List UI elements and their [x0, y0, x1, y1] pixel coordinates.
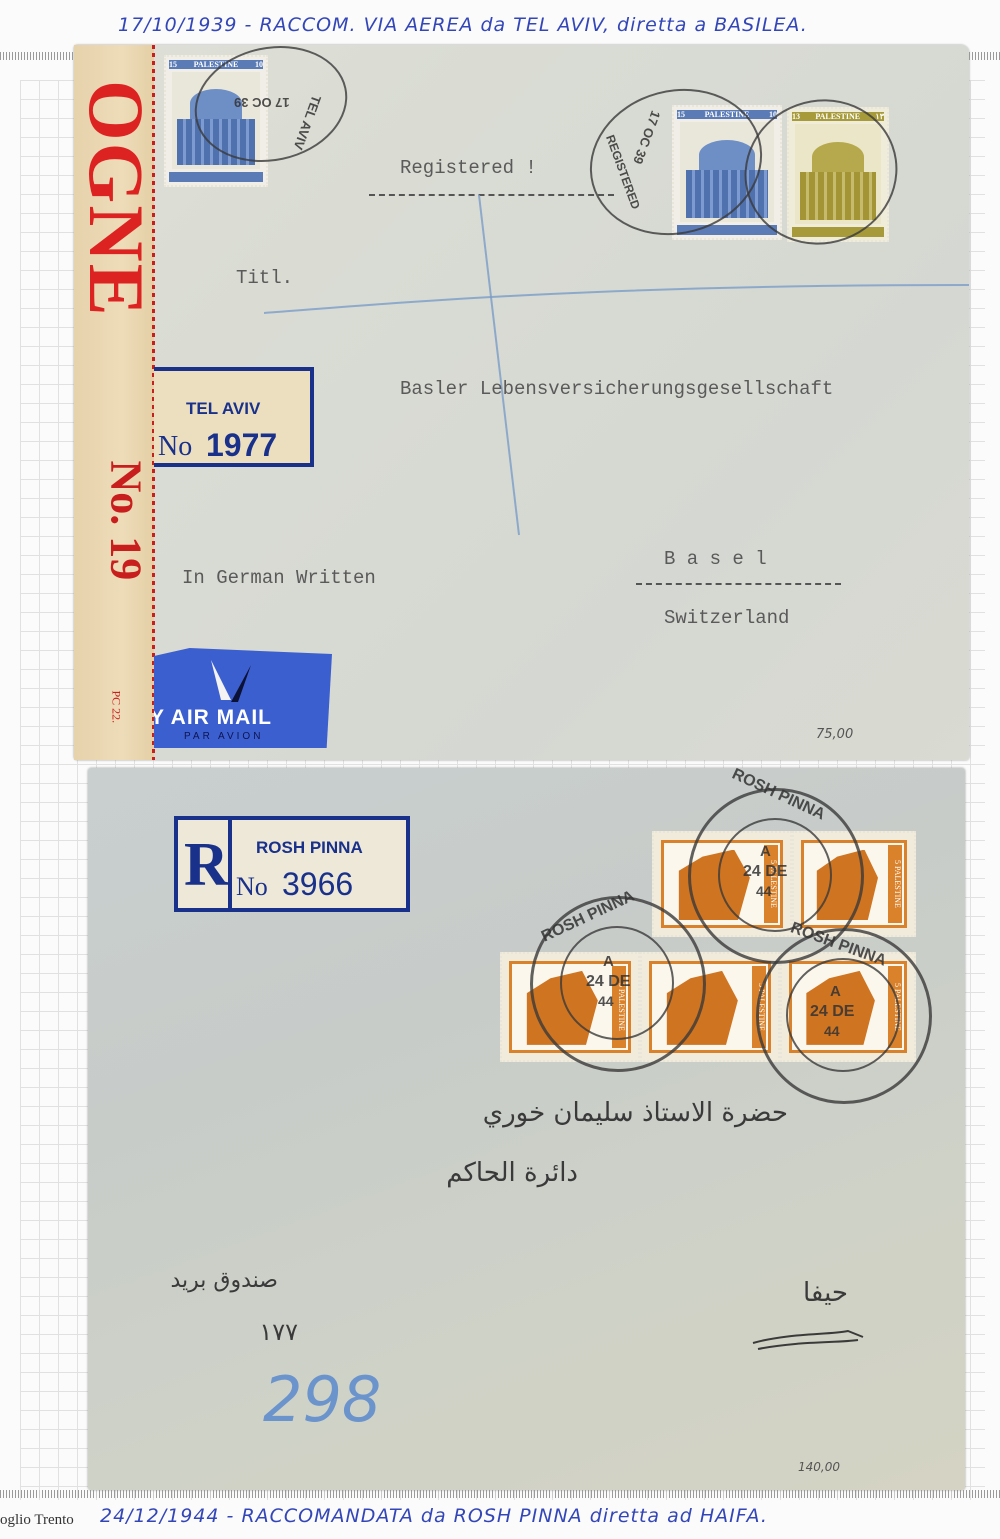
price-note: 140,00 [798, 1460, 840, 1474]
destination-underline [748, 1323, 868, 1353]
wing-icon [206, 660, 256, 705]
postmark-day-month: 24 DE [743, 863, 787, 881]
reg-city: ROSH PINNA [256, 838, 363, 858]
airmail-subtext: PAR AVION [184, 731, 263, 742]
reg-number: 3966 [282, 866, 353, 903]
reg-no: No [236, 872, 268, 902]
addressee-title: Titl. [236, 267, 293, 289]
country-text: Switzerland [664, 607, 789, 629]
sender-number: ١٧٧ [228, 1318, 298, 1346]
note-text: In German Written [182, 567, 376, 589]
postmark-year: 44 [598, 993, 614, 1009]
postmark-letter: A [830, 983, 841, 1000]
price-note: 75,00 [816, 727, 853, 742]
cover-rosh-pinna: R ROSH PINNA No 3966 5 PALESTINE 5 PALES… [88, 768, 965, 1490]
registration-label-tel-aviv: TEL AVIV No 1977 [154, 367, 314, 467]
city-text: B a s e l [664, 548, 767, 570]
postmark-letter: A [760, 843, 771, 860]
sender-line: صندوق بريد [168, 1268, 278, 1293]
airmail-text: Y AIR MAIL [150, 706, 272, 730]
address-line-1: حضرة الاستاذ سليمان خوري [228, 1098, 788, 1128]
city-underline [636, 583, 841, 585]
reg-no: No [158, 431, 192, 463]
cover-tel-aviv: OGNE No. 19 PC 22. 15PALESTINE10 17 OC 3… [74, 45, 969, 760]
postmark-day-month: 24 DE [586, 973, 630, 991]
postmark-year: 44 [824, 1023, 840, 1039]
addressee-name: Basler Lebensversicherungsgesellschaft [400, 378, 833, 400]
postmark-day-month: 24 DE [810, 1003, 854, 1021]
caption-bottom: 24/12/1944 - RACCOMANDATA da ROSH PINNA … [100, 1505, 768, 1527]
destination-city: حيفا [768, 1278, 848, 1308]
airmail-label: Y AIR MAIL PAR AVION [154, 648, 332, 748]
reg-letter: R [184, 830, 229, 901]
blue-pencil-number: 298 [263, 1363, 381, 1436]
album-brand: oglio Trento [0, 1512, 74, 1529]
caption-top: 17/10/1939 - RACCOM. VIA AEREA da TEL AV… [118, 14, 808, 36]
address-line-2: دائرة الحاكم [348, 1158, 578, 1188]
postmark-letter: A [603, 953, 614, 970]
registration-label-rosh-pinna: R ROSH PINNA No 3966 [174, 816, 410, 912]
reg-city: TEL AVIV [186, 399, 260, 419]
postmark-year: 44 [756, 883, 772, 899]
reg-number: 1977 [206, 427, 277, 464]
